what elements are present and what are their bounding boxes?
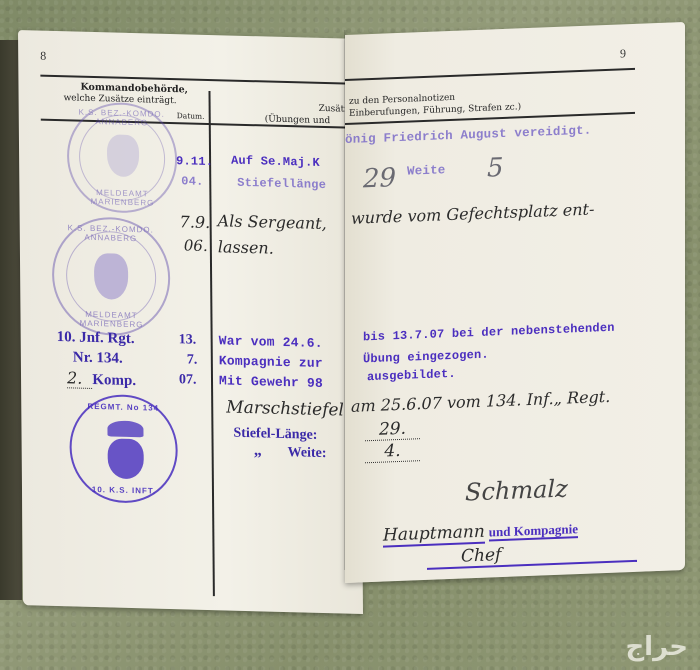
officer-signature: Schmalz — [465, 475, 568, 507]
official-seal-2: K.S. BEZ.-KOMDO. ANNABERG MELDEAMT MARIE… — [52, 216, 171, 337]
header-additions-sub: (Übungen und — [265, 114, 331, 127]
row1-text-line2: Stiefellänge — [237, 176, 326, 192]
unit-company: 2.Komp. — [67, 368, 136, 390]
row1-text-line1: Auf Se.Maj.K — [231, 154, 320, 170]
unit-number: Nr. 134. — [73, 349, 123, 367]
row2-text-line1: Als Sergeant, — [218, 211, 327, 233]
boot-width-label: Weite: — [288, 445, 327, 462]
site-watermark: حراج — [625, 632, 688, 662]
row3-text-line1: War vom 24.6. — [219, 333, 323, 351]
regiment-seal: REGMT. No 134 10. K.S. INFT. — [69, 393, 178, 504]
handwritten-note-2: am 25.6.07 vom 134. Inf.„ Regt. — [351, 387, 610, 416]
width-label-stamp: Weite — [407, 163, 446, 178]
header-top-rule-right — [345, 68, 635, 81]
row2-date-day: 7.9. — [180, 212, 211, 232]
row2-date-year: 06. — [184, 236, 208, 255]
shield-icon — [108, 438, 144, 479]
service-period-line3: ausgebildet. — [367, 367, 456, 384]
page-number-left: 8 — [40, 49, 46, 64]
service-period-line2: Übung eingezogen. — [363, 348, 489, 367]
left-page: 8 Kommandobehörde, welche Zusätze einträ… — [18, 30, 363, 614]
handwritten-length: 29 — [363, 163, 396, 194]
row1-date-year: 04. — [181, 174, 203, 189]
page-number-right: 9 — [620, 46, 626, 61]
boot-width-value: 4. — [365, 440, 420, 463]
service-period-line1: bis 13.7.07 bei der nebenstehenden — [363, 321, 615, 345]
ditto-mark: ” — [254, 450, 262, 468]
row3-date-month: 7. — [187, 352, 198, 368]
handwritten-note-1: wurde vom Gefechtsplatz ent- — [351, 199, 594, 227]
boot-length-value: 29. — [365, 418, 420, 441]
row1-date-day: 9.11. — [176, 154, 213, 169]
boot-length-label: Stiefel-Länge: — [233, 426, 317, 444]
handwritten-width: 5 — [487, 153, 504, 184]
oath-stamp-line: önig Friedrich August vereidigt. — [345, 124, 591, 147]
row3-date-day: 13. — [179, 332, 197, 348]
unit-regiment: 10. Jnf. Rgt. — [57, 329, 135, 348]
header-date: Datum. — [177, 110, 205, 122]
crown-icon — [107, 420, 143, 437]
row3-text-line3: Mit Gewehr 98 — [219, 373, 323, 391]
row3-text-line2: Kompagnie zur — [219, 353, 323, 371]
crest-icon — [94, 253, 128, 300]
row2-text-line2: lassen. — [218, 237, 274, 257]
crest-icon — [107, 134, 139, 177]
right-page: 9 zu den Personalnotizen Einberufungen, … — [345, 22, 685, 583]
official-seal-1: K.S. BEZ.-KOMDO. ANNABERG MELDEAMT MARIE… — [67, 101, 178, 214]
row3-date-year: 07. — [179, 372, 197, 388]
boot-line-handwritten: Marschstiefel — [226, 397, 344, 420]
